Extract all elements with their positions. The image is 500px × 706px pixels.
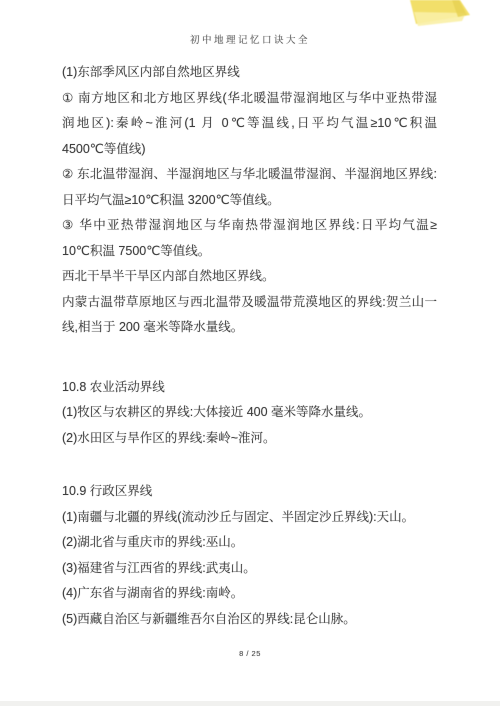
section-heading: 10.9 行政区界线 — [62, 479, 437, 505]
document-page: 初中地理记忆口诀大全 (1)东部季风区内部自然地区界线① 南方地区和北方地区界线… — [0, 0, 500, 706]
text-line: (1)牧区与农耕区的界线:大体接近 400 毫米等降水量线。 — [62, 400, 437, 426]
text-line: ① 南方地区和北方地区界线(华北暖温带湿润地区与华中亚热带湿 — [62, 86, 437, 112]
text-line: (5)西藏自治区与新疆维吾尔自治区的界线:昆仑山脉。 — [62, 607, 437, 633]
text-line: 10℃积温 7500℃等值线。 — [62, 239, 437, 265]
text-line: (1)南疆与北疆的界线(流动沙丘与固定、半固定沙丘界线):天山。 — [62, 505, 437, 531]
document-section: 10.8 农业活动界线(1)牧区与农耕区的界线:大体接近 400 毫米等降水量线… — [62, 375, 437, 452]
page-header: 初中地理记忆口诀大全 — [0, 30, 500, 48]
text-line: ② 东北温带湿润、半湿润地区与华北暖温带湿润、半湿润地区界线: — [62, 162, 437, 188]
document-section: 10.9 行政区界线(1)南疆与北疆的界线(流动沙丘与固定、半固定沙丘界线):天… — [62, 479, 437, 632]
text-line: 西北干旱半干旱区内部自然地区界线。 — [62, 264, 437, 290]
document-section: (1)东部季风区内部自然地区界线① 南方地区和北方地区界线(华北暖温带湿润地区与… — [62, 60, 437, 341]
page-number: 8 / 25 — [239, 649, 261, 658]
section-heading: 10.8 农业活动界线 — [62, 375, 437, 401]
document-title: 初中地理记忆口诀大全 — [190, 35, 310, 46]
document-body: (1)东部季风区内部自然地区界线① 南方地区和北方地区界线(华北暖温带湿润地区与… — [62, 60, 437, 632]
text-line: 线,相当于 200 毫米等降水量线。 — [62, 315, 437, 341]
text-line: (4)广东省与湖南省的界线:南岭。 — [62, 581, 437, 607]
corner-highlight-decoration — [396, 0, 480, 30]
page-footer: 8 / 25 — [0, 643, 500, 661]
text-line: 润地区):秦岭~淮河(1 月 0℃等温线,日平均气温≥10℃积温 — [62, 111, 437, 137]
text-line: 内蒙古温带草原地区与西北温带及暖温带荒漠地区的界线:贺兰山一 — [62, 290, 437, 316]
text-line: 日平均气温≥10℃积温 3200℃等值线。 — [62, 188, 437, 214]
text-line: (2)湖北省与重庆市的界线:巫山。 — [62, 530, 437, 556]
page-bottom-edge — [0, 701, 500, 706]
text-line: (2)水田区与旱作区的界线:秦岭~淮河。 — [62, 426, 437, 452]
text-line: 4500℃等值线) — [62, 137, 437, 163]
text-line: (1)东部季风区内部自然地区界线 — [62, 60, 437, 86]
text-line: (3)福建省与江西省的界线:武夷山。 — [62, 556, 437, 582]
text-line: ③ 华中亚热带湿润地区与华南热带湿润地区界线:日平均气温≥ — [62, 213, 437, 239]
